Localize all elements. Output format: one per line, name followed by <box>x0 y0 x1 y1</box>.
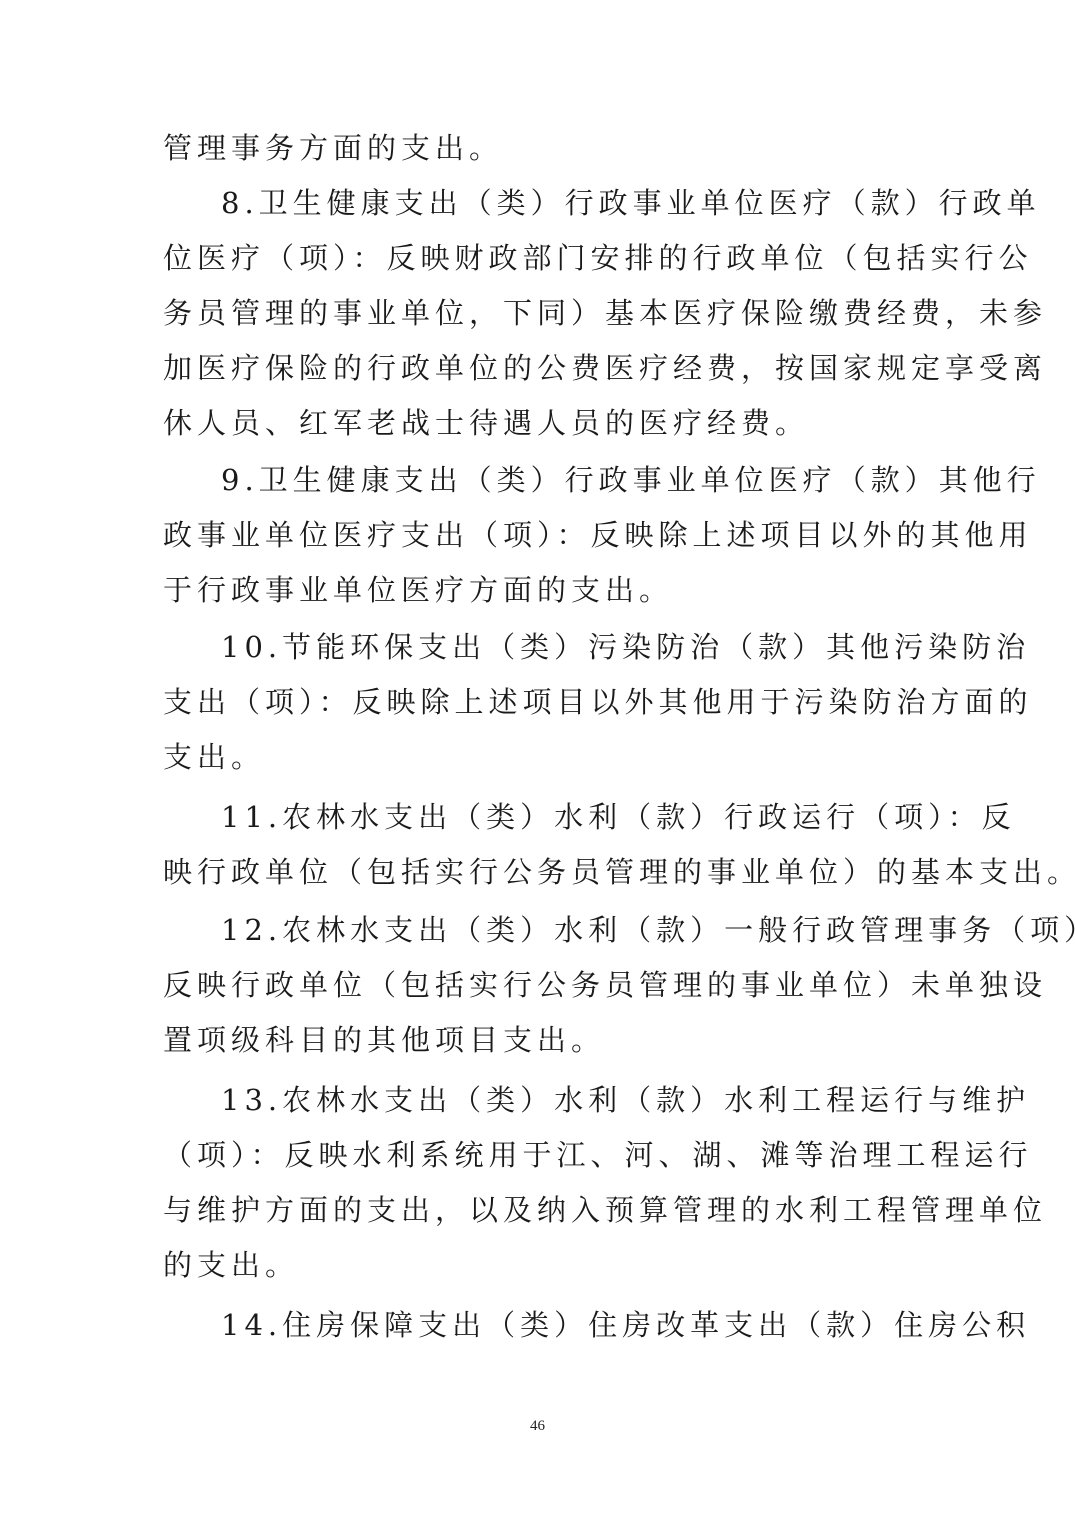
paragraph-12-line-1: 12.农林水支出（类）水利（款）一般行政管理事务（项）： <box>221 910 915 950</box>
paragraph-12-line-3: 置项级科目的其他项目支出。 <box>163 1020 915 1060</box>
document-page: 管理事务方面的支出。 8.卫生健康支出（类）行政事业单位医疗（款）行政单 位医疗… <box>0 0 1075 1520</box>
page-number: 46 <box>0 1418 1075 1435</box>
paragraph-14-line-1: 14.住房保障支出（类）住房改革支出（款）住房公积 <box>221 1305 915 1345</box>
paragraph-13-line-1: 13.农林水支出（类）水利（款）水利工程运行与维护 <box>221 1080 915 1120</box>
paragraph-7-line-1: 管理事务方面的支出。 <box>163 128 915 168</box>
paragraph-10-line-1: 10.节能环保支出（类）污染防治（款）其他污染防治 <box>221 627 915 667</box>
paragraph-9-line-3: 于行政事业单位医疗方面的支出。 <box>163 570 915 610</box>
paragraph-10-line-3: 支出。 <box>163 737 915 777</box>
paragraph-9-line-2: 政事业单位医疗支出（项）：反映除上述项目以外的其他用 <box>163 515 915 555</box>
paragraph-8-line-1: 8.卫生健康支出（类）行政事业单位医疗（款）行政单 <box>221 183 915 223</box>
paragraph-10-line-2: 支出（项）：反映除上述项目以外其他用于污染防治方面的 <box>163 682 915 722</box>
paragraph-13-line-2: （项）：反映水利系统用于江、河、湖、滩等治理工程运行 <box>163 1135 915 1175</box>
paragraph-13-line-3: 与维护方面的支出，以及纳入预算管理的水利工程管理单位 <box>163 1190 915 1230</box>
paragraph-13-line-4: 的支出。 <box>163 1245 915 1285</box>
paragraph-8-line-2: 位医疗（项）：反映财政部门安排的行政单位（包括实行公 <box>163 238 915 278</box>
paragraph-8-line-5: 休人员、红军老战士待遇人员的医疗经费。 <box>163 403 915 443</box>
paragraph-8-line-3: 务员管理的事业单位，下同）基本医疗保险缴费经费，未参 <box>163 293 915 333</box>
paragraph-9-line-1: 9.卫生健康支出（类）行政事业单位医疗（款）其他行 <box>221 460 915 500</box>
paragraph-12-line-2: 反映行政单位（包括实行公务员管理的事业单位）未单独设 <box>163 965 915 1005</box>
paragraph-11-line-2: 映行政单位（包括实行公务员管理的事业单位）的基本支出。 <box>163 852 915 892</box>
paragraph-8-line-4: 加医疗保险的行政单位的公费医疗经费，按国家规定享受离 <box>163 348 915 388</box>
paragraph-11-line-1: 11.农林水支出（类）水利（款）行政运行（项）：反 <box>221 797 915 837</box>
